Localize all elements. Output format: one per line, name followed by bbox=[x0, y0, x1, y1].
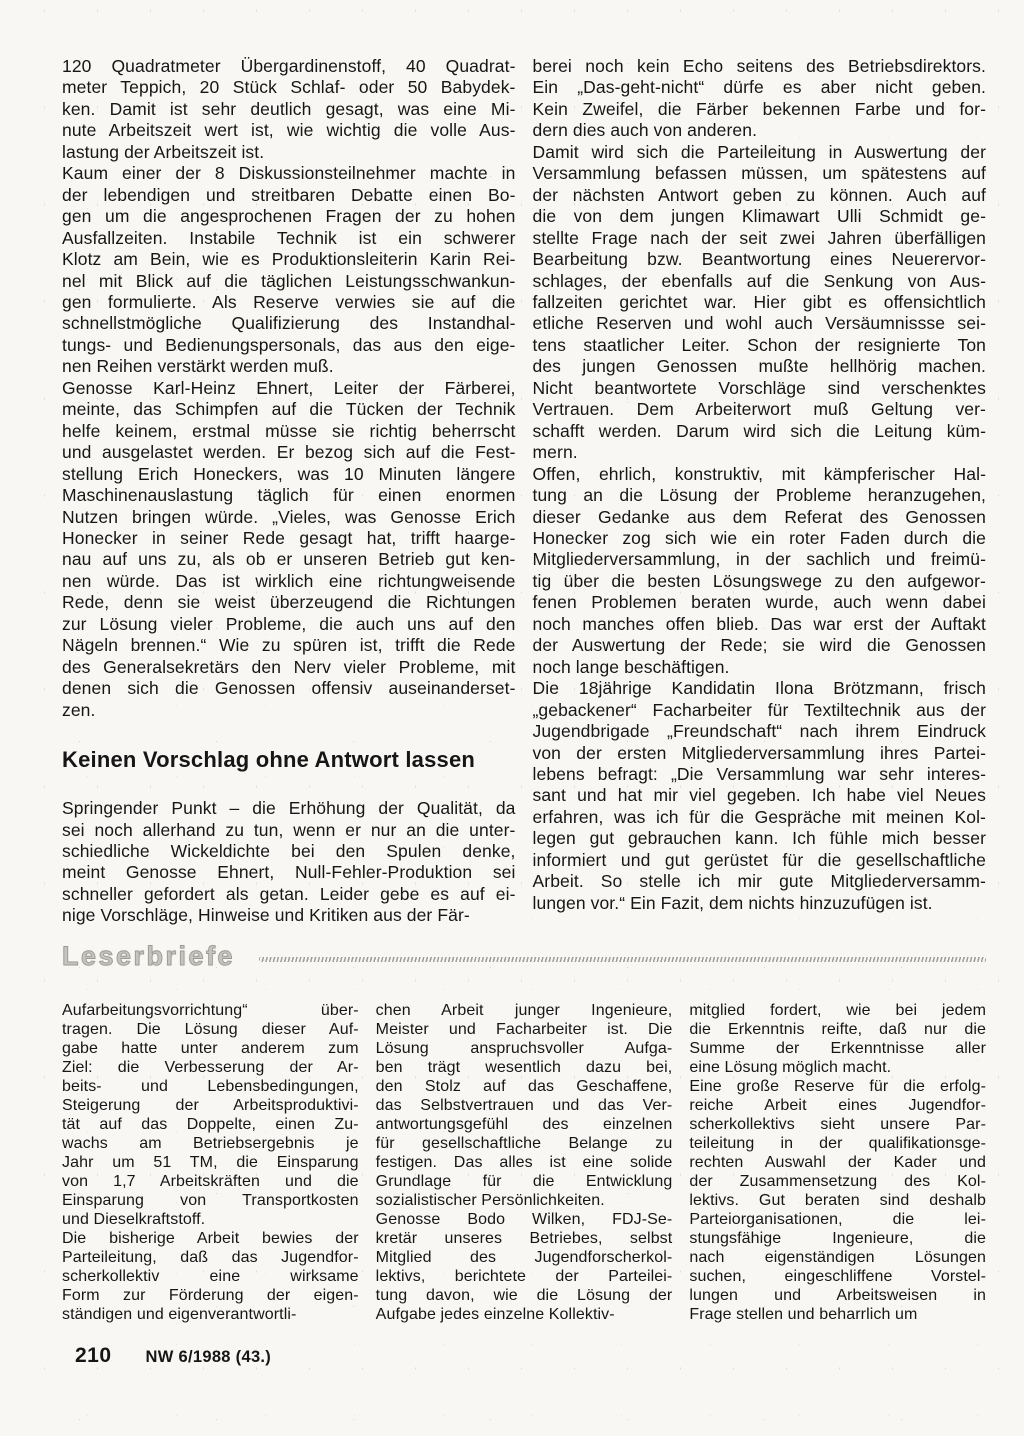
text-line: etliche Reserven und wohl auch Versäumni… bbox=[533, 313, 987, 334]
text-line: gen formulierte. Als Reserve verwies sie… bbox=[62, 292, 516, 313]
text-line: gabe hatte unter anderem zum bbox=[62, 1039, 359, 1058]
text-line: die von dem jungen Klimawart Ulli Schmid… bbox=[533, 206, 987, 227]
text-line: erfahren, was ich für die Gespräche mit … bbox=[533, 807, 987, 828]
text-line: Nägeln brennen.“ Wie zu spüren ist, trif… bbox=[62, 635, 516, 656]
text-line: Springender Punkt – die Erhöhung der Qua… bbox=[62, 798, 516, 819]
text-line: Summe der Erkenntnisse aller bbox=[689, 1039, 986, 1058]
text-line: gen um die angesprochenen Fragen der zu … bbox=[62, 206, 516, 227]
text-line: lungen und Arbeitsweisen in bbox=[689, 1286, 986, 1305]
text-line: Ein „Das-geht-nicht“ dürfe es aber nicht… bbox=[533, 77, 987, 98]
text-line: Aufarbeitungsvorrichtung“ über- bbox=[62, 1001, 359, 1020]
text-line: Steigerung der Arbeitsproduktivi- bbox=[62, 1096, 359, 1115]
paragraph: Kaum einer der 8 Diskussionsteilnehmer m… bbox=[62, 163, 516, 378]
text-line: Lösung anspruchsvoller Aufga- bbox=[376, 1039, 673, 1058]
text-line: Grundlage für die Entwicklung bbox=[376, 1172, 673, 1191]
text-line: tens staatlicher Leiter. Schon der resig… bbox=[533, 335, 987, 356]
issue-label: NW 6/1988 (43.) bbox=[146, 1348, 272, 1367]
paragraph: Aufarbeitungsvorrichtung“ über-tragen. D… bbox=[62, 1001, 359, 1229]
decorative-rule bbox=[259, 957, 986, 962]
text-line: von der ersten Mitgliederversammlung ihr… bbox=[533, 743, 987, 764]
text-line: Einsparung von Transportkosten bbox=[62, 1191, 359, 1210]
text-line: sozialistischer Persönlichkeiten. bbox=[376, 1191, 673, 1210]
text-line: meinte, das Schimpfen auf die Tücken der… bbox=[62, 399, 516, 420]
text-line: nau auf uns zu, als ob er unseren Betrie… bbox=[62, 549, 516, 570]
text-line: lebens befragt: „Die Versammlung war seh… bbox=[533, 764, 987, 785]
text-line: nen Reihen verstärkt werden muß. bbox=[62, 356, 516, 377]
text-line: Mitgliederversammlung, in der sachlich u… bbox=[533, 549, 987, 570]
text-line: meint Genosse Ehnert, Null-Fehler-Produk… bbox=[62, 862, 516, 883]
text-line: lungen vor.“ Ein Fazit, dem nichts hinzu… bbox=[533, 893, 987, 914]
text-line: legen gut gebrauchen kann. Ich fühle mic… bbox=[533, 828, 987, 849]
paragraph: Genosse Bodo Wilken, FDJ-Se-kretär unser… bbox=[376, 1210, 673, 1324]
text-line: schneller gefordert als getan. Leider ge… bbox=[62, 884, 516, 905]
text-line: Damit wird sich die Parteileitung in Aus… bbox=[533, 142, 987, 163]
text-line: beits- und Lebensbedingungen, bbox=[62, 1077, 359, 1096]
text-line: Honecker in seiner Rede gesagt hat, trif… bbox=[62, 528, 516, 549]
text-line: Arbeit. So stelle ich mir gute Mitgliede… bbox=[533, 871, 987, 892]
text-line: helfe keinem, erstmal müsse sie richtig … bbox=[62, 421, 516, 442]
text-line: und Dieselkraftstoff. bbox=[62, 1210, 359, 1229]
article-body: 120 Quadratmeter Übergardinenstoff, 40 Q… bbox=[62, 56, 986, 927]
text-line: schnellstmögliche Qualifizierung des Ins… bbox=[62, 313, 516, 334]
text-line: Nicht beantwortete Vorschläge sind versc… bbox=[533, 378, 987, 399]
text-line: des Generalsekretärs den Nerv vieler Pro… bbox=[62, 657, 516, 678]
text-line: nach eigenständigen Lösungen bbox=[689, 1248, 986, 1267]
text-line: Honecker zog sich wie ein roter Faden du… bbox=[533, 528, 987, 549]
text-line: und ausgelastet werden. Er bezog sich au… bbox=[62, 442, 516, 463]
text-line: Meister und Facharbeiter ist. Die bbox=[376, 1020, 673, 1039]
text-line: tung an die Lösung der Probleme heranzug… bbox=[533, 485, 987, 506]
text-line: tät auf das Doppelte, einen Zu- bbox=[62, 1115, 359, 1134]
text-line: der Zusammensetzung des Kol- bbox=[689, 1172, 986, 1191]
text-line: tig über die besten Lösungswege zu den a… bbox=[533, 571, 987, 592]
text-line: noch manches offen blieb. Das war erst d… bbox=[533, 614, 987, 635]
text-line: schiedliche Wickeldichte bei den Spulen … bbox=[62, 841, 516, 862]
text-line: Parteileitung, daß das Jugendfor- bbox=[62, 1248, 359, 1267]
text-line: nige Vorschläge, Hinweise und Kritiken a… bbox=[62, 905, 516, 926]
text-line: tungs- und Bedienungspersonals, das aus … bbox=[62, 335, 516, 356]
text-line: nen würde. Das ist wirklich eine richtun… bbox=[62, 571, 516, 592]
text-line: teileitung in der qualifikationsge- bbox=[689, 1134, 986, 1153]
text-line: Parteiorganisationen, die lei- bbox=[689, 1210, 986, 1229]
text-line: zen. bbox=[62, 700, 516, 721]
text-line: das Selbstvertrauen und das Ver- bbox=[376, 1096, 673, 1115]
article-column-left: 120 Quadratmeter Übergardinenstoff, 40 Q… bbox=[62, 56, 516, 927]
text-line: Maschinenauslastung täglich für einen en… bbox=[62, 485, 516, 506]
text-line: Jugendbrigade „Freundschaft“ nach ihrem … bbox=[533, 721, 987, 742]
text-line: Genosse Karl-Heinz Ehnert, Leiter der Fä… bbox=[62, 378, 516, 399]
text-line: der nächsten Antwort geben zu können. Au… bbox=[533, 185, 987, 206]
text-line: von 1,7 Arbeitskräften und die bbox=[62, 1172, 359, 1191]
text-line: für gesellschaftliche Belange zu bbox=[376, 1134, 673, 1153]
leserbriefe-section-header: Leserbriefe bbox=[62, 941, 986, 972]
text-line: sei noch allerhand zu tun, wenn er nur a… bbox=[62, 820, 516, 841]
text-line: Die 18jährige Kandidatin Ilona Brötzmann… bbox=[533, 678, 987, 699]
text-line: lektivs, berichtete der Parteilei- bbox=[376, 1267, 673, 1286]
paragraph: Springender Punkt – die Erhöhung der Qua… bbox=[62, 798, 516, 927]
text-line: Vertrauen. Dem Arbeiterwort muß Geltung … bbox=[533, 399, 987, 420]
text-line: meter Teppich, 20 Stück Schlaf- oder 50 … bbox=[62, 77, 516, 98]
magazine-page: 120 Quadratmeter Übergardinenstoff, 40 Q… bbox=[0, 0, 1024, 1436]
text-line: mern. bbox=[533, 442, 987, 463]
text-line: stungsfähige Ingenieure, die bbox=[689, 1229, 986, 1248]
text-line: sant und hat mir viel gegeben. Ich habe … bbox=[533, 785, 987, 806]
text-line: Eine große Reserve für die erfolg- bbox=[689, 1077, 986, 1096]
text-line: Rede, denn sie weist überzeugend die Ric… bbox=[62, 592, 516, 613]
text-line: berei noch kein Echo seitens des Betrieb… bbox=[533, 56, 987, 77]
paragraph: chen Arbeit junger Ingenieure,Meister un… bbox=[376, 1001, 673, 1210]
text-line: den Stolz auf das Geschaffene, bbox=[376, 1077, 673, 1096]
page-number: 210 bbox=[75, 1344, 112, 1368]
text-line: noch lange beschäftigen. bbox=[533, 657, 987, 678]
paragraph: 120 Quadratmeter Übergardinenstoff, 40 Q… bbox=[62, 56, 516, 163]
text-line: 120 Quadratmeter Übergardinenstoff, 40 Q… bbox=[62, 56, 516, 77]
text-line: stellung Erich Honeckers, was 10 Minuten… bbox=[62, 464, 516, 485]
text-line: Kein Zweifel, die Färber bekennen Farbe … bbox=[533, 99, 987, 120]
text-line: wachs am Betriebsergebnis je bbox=[62, 1134, 359, 1153]
subheading: Keinen Vorschlag ohne Antwort lassen bbox=[62, 748, 516, 772]
text-line: des jungen Genossen mußte hellhörig mach… bbox=[533, 356, 987, 377]
text-line: Kaum einer der 8 Diskussionsteilnehmer m… bbox=[62, 163, 516, 184]
text-line: Nutzen bringen würde. „Vieles, was Genos… bbox=[62, 507, 516, 528]
paragraph: Die bisherige Arbeit bewies derParteilei… bbox=[62, 1229, 359, 1324]
text-line: schlages, der ebenfalls auf die Senkung … bbox=[533, 271, 987, 292]
text-line: nel mit Blick auf die täglichen Leistung… bbox=[62, 271, 516, 292]
text-line: scherkollektivs sieht unsere Par- bbox=[689, 1115, 986, 1134]
text-line: Die bisherige Arbeit bewies der bbox=[62, 1229, 359, 1248]
text-line: lastung der Arbeitszeit ist. bbox=[62, 142, 516, 163]
text-line: Form zur Förderung der eigen- bbox=[62, 1286, 359, 1305]
text-line: Versammlung befassen müssen, um späteste… bbox=[533, 163, 987, 184]
letters-section: Aufarbeitungsvorrichtung“ über-tragen. D… bbox=[62, 1001, 986, 1324]
text-line: ken. Damit ist sehr deutlich gesagt, was… bbox=[62, 99, 516, 120]
article-column-right: berei noch kein Echo seitens des Betrieb… bbox=[533, 56, 987, 927]
text-line: ben trägt wesentlich dazu bei, bbox=[376, 1058, 673, 1077]
text-line: Frage stellen und beharrlich um bbox=[689, 1305, 986, 1324]
text-line: die Erkenntnis reifte, daß nur die bbox=[689, 1020, 986, 1039]
text-line: suchen, eingeschliffene Vorstel- bbox=[689, 1267, 986, 1286]
paragraph: berei noch kein Echo seitens des Betrieb… bbox=[533, 56, 987, 142]
text-line: fallzeiten gerichtet war. Hier gibt es o… bbox=[533, 292, 987, 313]
paragraph: Offen, ehrlich, konstruktiv, mit kämpfer… bbox=[533, 464, 987, 679]
text-line: eine Lösung möglich macht. bbox=[689, 1058, 986, 1077]
text-line: Ausfallzeiten. Instabile Technik ist ein… bbox=[62, 228, 516, 249]
text-line: Aufgabe jedes einzelne Kollektiv- bbox=[376, 1305, 673, 1324]
text-line: der lebendigen und streitbaren Debatte e… bbox=[62, 185, 516, 206]
paragraph: Genosse Karl-Heinz Ehnert, Leiter der Fä… bbox=[62, 378, 516, 721]
paragraph: Damit wird sich die Parteileitung in Aus… bbox=[533, 142, 987, 464]
page-footer: 210 NW 6/1988 (43.) bbox=[75, 1344, 271, 1368]
paragraph: mitglied fordert, wie bei jedemdie Erken… bbox=[689, 1001, 986, 1077]
text-line: Genosse Bodo Wilken, FDJ-Se- bbox=[376, 1210, 673, 1229]
text-line: informiert und gut gerüstet für die gese… bbox=[533, 850, 987, 871]
text-line: chen Arbeit junger Ingenieure, bbox=[376, 1001, 673, 1020]
paragraph: Die 18jährige Kandidatin Ilona Brötzmann… bbox=[533, 678, 987, 914]
text-line: rechten Auswahl der Kader und bbox=[689, 1153, 986, 1172]
text-line: denen sich die Genossen offensiv auseina… bbox=[62, 678, 516, 699]
text-line: zur Lösung vieler Probleme, die auch uns… bbox=[62, 614, 516, 635]
text-line: antwortungsgefühl des einzelnen bbox=[376, 1115, 673, 1134]
text-line: Jahr um 51 TM, die Einsparung bbox=[62, 1153, 359, 1172]
section-title: Leserbriefe bbox=[62, 941, 235, 972]
text-line: ständigen und eigenverantwortli- bbox=[62, 1305, 359, 1324]
text-line: kretär unseres Betriebes, selbst bbox=[376, 1229, 673, 1248]
letters-column-2: chen Arbeit junger Ingenieure,Meister un… bbox=[376, 1001, 673, 1324]
text-line: Ziel: die Verbesserung der Ar- bbox=[62, 1058, 359, 1077]
text-line: Bearbeitung bzw. Beantwortung eines Neue… bbox=[533, 249, 987, 270]
text-line: nute Arbeitszeit wert ist, wie wichtig d… bbox=[62, 120, 516, 141]
letters-column-1: Aufarbeitungsvorrichtung“ über-tragen. D… bbox=[62, 1001, 359, 1324]
text-line: Klotz am Bein, wie es Produktionsleiteri… bbox=[62, 249, 516, 270]
paragraph: Eine große Reserve für die erfolg-reiche… bbox=[689, 1077, 986, 1324]
text-line: Mitglied des Jugendforscherkol- bbox=[376, 1248, 673, 1267]
text-line: mitglied fordert, wie bei jedem bbox=[689, 1001, 986, 1020]
text-line: festigen. Das alles ist eine solide bbox=[376, 1153, 673, 1172]
text-line: der Auswertung der Rede; sie wird die Ge… bbox=[533, 635, 987, 656]
text-line: dieser Gedanke aus dem Referat des Genos… bbox=[533, 507, 987, 528]
text-line: „gebackener“ Facharbeiter für Textiltech… bbox=[533, 700, 987, 721]
text-line: dern dies auch von anderen. bbox=[533, 120, 987, 141]
text-line: tragen. Die Lösung dieser Auf- bbox=[62, 1020, 359, 1039]
text-line: Offen, ehrlich, konstruktiv, mit kämpfer… bbox=[533, 464, 987, 485]
text-line: stellte Frage nach der seit zwei Jahren … bbox=[533, 228, 987, 249]
text-line: scherkollektiv eine wirksame bbox=[62, 1267, 359, 1286]
text-line: fenen Problemen beraten wurde, auch wenn… bbox=[533, 592, 987, 613]
text-line: tung davon, wie die Lösung der bbox=[376, 1286, 673, 1305]
text-line: reiche Arbeit eines Jugendfor- bbox=[689, 1096, 986, 1115]
text-line: lektivs. Gut beraten sind deshalb bbox=[689, 1191, 986, 1210]
letters-column-3: mitglied fordert, wie bei jedemdie Erken… bbox=[689, 1001, 986, 1324]
text-line: schafft werden. Darum wird sich die Leit… bbox=[533, 421, 987, 442]
